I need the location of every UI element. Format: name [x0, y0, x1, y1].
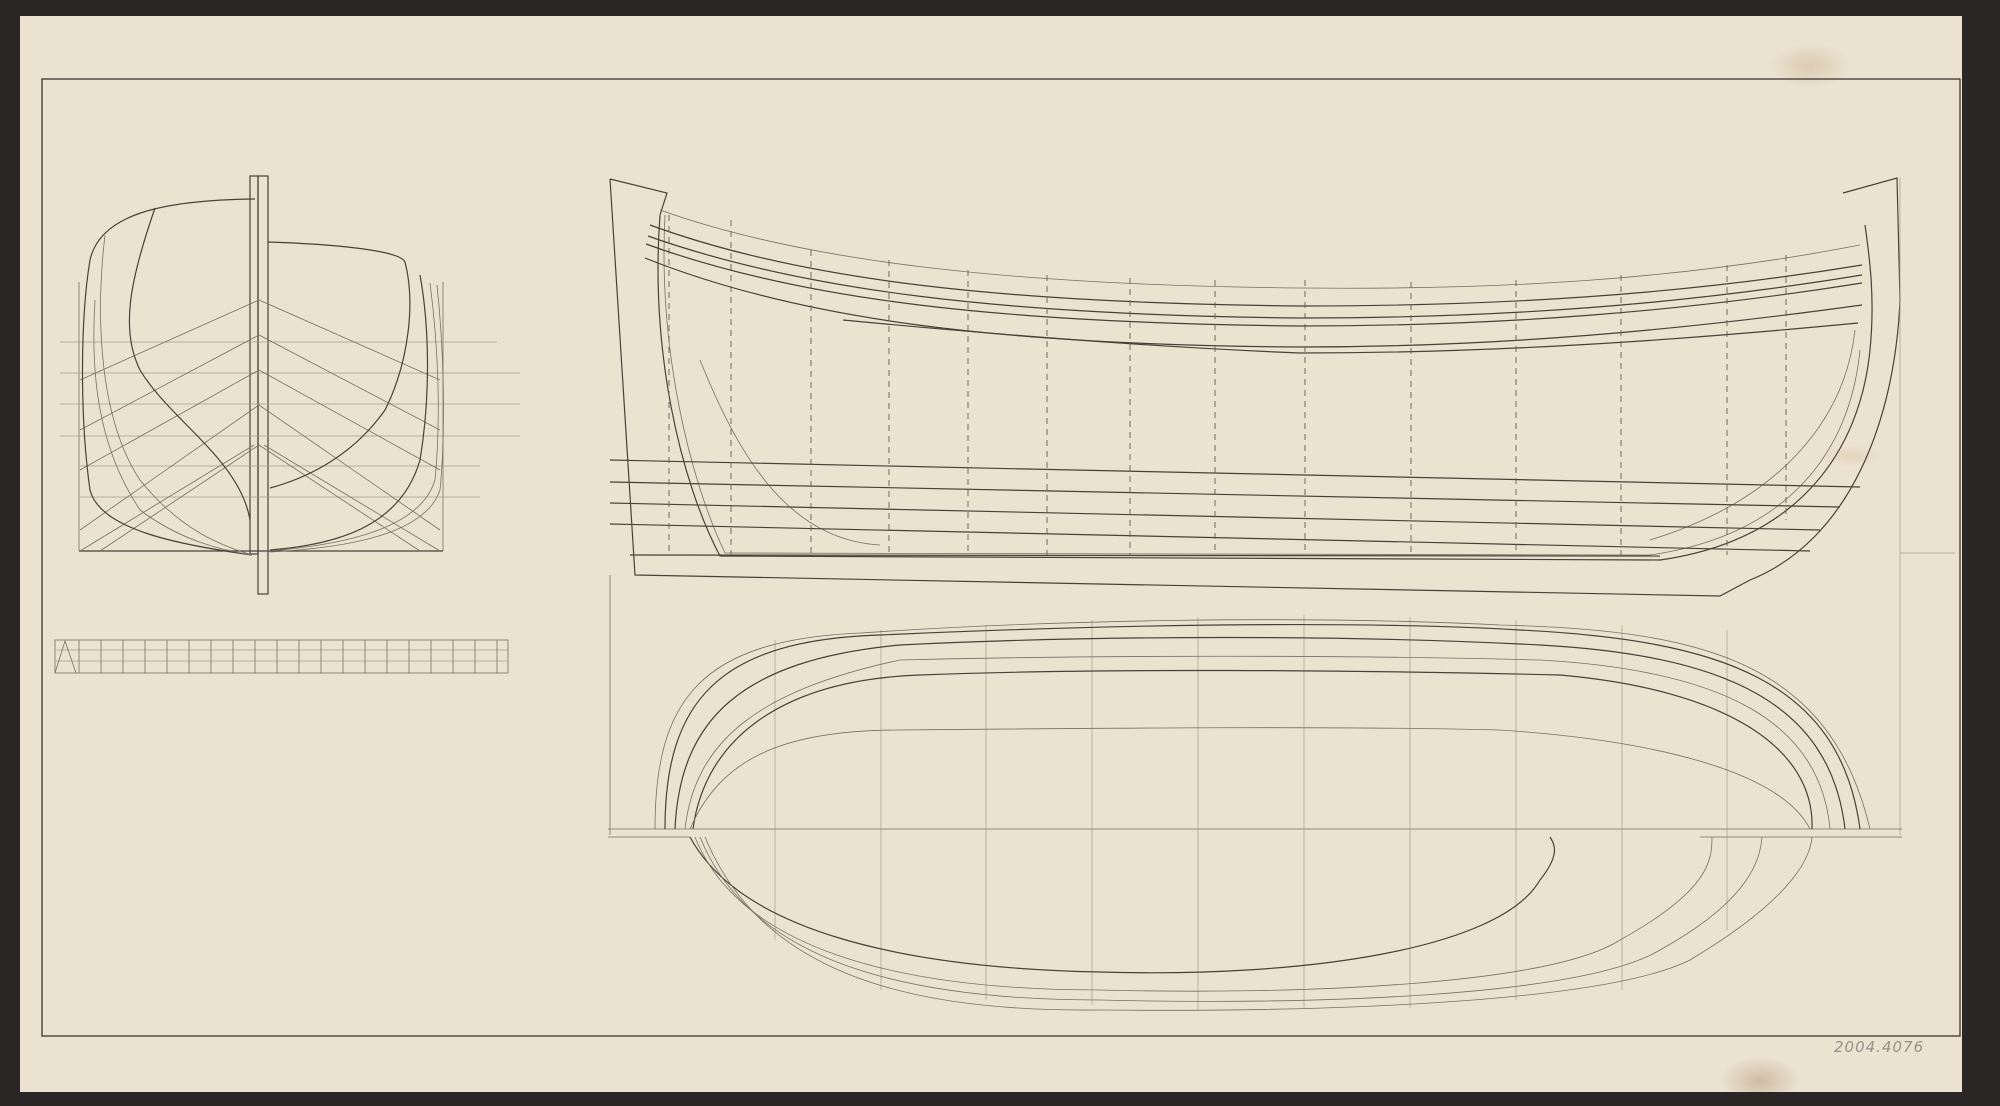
accession-number: 2004.4076	[1834, 1038, 1924, 1056]
lines-plan-drawing	[0, 0, 2000, 1106]
scale-bar	[55, 640, 508, 673]
sheer-plan	[610, 178, 1955, 835]
body-plan	[60, 176, 520, 594]
half-breadth-plan	[608, 575, 1902, 1010]
